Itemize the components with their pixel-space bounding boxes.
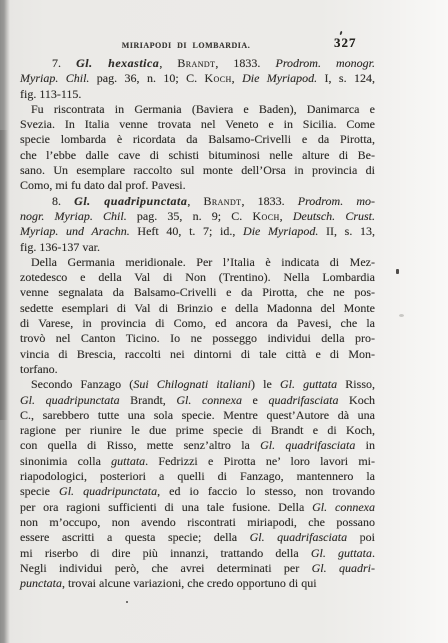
text-run: che l’ebbe dalle cave di schisti bitumin…: [20, 148, 375, 162]
text-run: poi: [347, 530, 375, 544]
citation-italic: Gl. quadrifasciata: [250, 530, 348, 544]
text-line: sinonimia colla guttata. Fedrizzi e Piro…: [20, 454, 375, 469]
text-run: vincia di Brescia, raccolti nei dintorni…: [20, 347, 375, 361]
author-name: Koch: [204, 71, 231, 85]
text-line: Secondo Fanzago (Sui Chilognati italiani…: [20, 377, 375, 392]
text-run: Negli individui però, che avrei determin…: [20, 561, 312, 575]
text-line: essere ascritti a questa specie; della G…: [20, 530, 375, 545]
text-run: Como, mi fu dato dal prof. Pavesi.: [20, 178, 186, 192]
text-line: che l’ebbe dalle cave di schisti bitumin…: [20, 148, 375, 163]
text-run: con quella di Risso, mette senz’altro la: [20, 438, 260, 452]
author-name: Brandt: [177, 56, 215, 70]
text-run: trovò nel Canton Ticino. Io ne posseggo …: [20, 331, 375, 345]
species-name: Gl. quadripunctata: [74, 194, 187, 208]
author-name: Koch: [252, 209, 279, 223]
text-line: Myriap. Chil. pag. 36, n. 10; C. Koch, D…: [20, 71, 375, 86]
text-run: 7.: [52, 56, 76, 70]
text-run: ,: [159, 56, 177, 70]
text-run: sedette esemplari di Val di Brinzio e de…: [20, 301, 375, 315]
text-line: riapodologici, posteriori a quelli di Fa…: [20, 469, 375, 484]
scan-speck: [396, 269, 399, 274]
text-run: mi riserbo di dire più innanzi, trattand…: [20, 546, 311, 560]
text-run: in: [355, 438, 375, 452]
text-line: fig. 136-137 var.: [20, 240, 375, 255]
text-line: vincia di Brescia, raccolti nei dintorni…: [20, 347, 375, 362]
text-run: ,: [232, 71, 242, 85]
citation-italic: Gl. quadripunctata: [59, 484, 157, 498]
text-run: essere ascritti a questa specie; della: [20, 530, 250, 544]
text-line: trovò nel Canton Ticino. Io ne posseggo …: [20, 331, 375, 346]
text-line: di Varese, in provincia di Como, ed anco…: [20, 316, 375, 331]
text-line: sano. Un esemplare raccolto sul monte de…: [20, 163, 375, 178]
citation-italic: Sui Chilognati italiani: [133, 377, 251, 391]
text-run: ,: [280, 209, 293, 223]
text-run: .: [372, 546, 375, 560]
text-run: e: [242, 393, 268, 407]
citation-italic: quadrifasciata: [268, 393, 338, 407]
text-line: Como, mi fu dato dal prof. Pavesi.: [20, 178, 375, 193]
text-run: sinonimia colla: [20, 454, 111, 468]
text-run: , 1833.: [215, 56, 275, 70]
text-run: Della Germania meridionale. Per l’Italia…: [31, 255, 375, 269]
text-run: specie lombarda è ricordata da Balsamo-C…: [20, 132, 375, 146]
text-run: fig. 113-115.: [20, 87, 81, 101]
text-run: Koch: [338, 393, 375, 407]
text-run: Fu riscontrata in Germania (Baviera e Ba…: [31, 102, 375, 116]
page-number: 327: [334, 35, 357, 51]
text-line: fig. 113-115.: [20, 87, 375, 102]
text-run: sano. Un esemplare raccolto sul monte de…: [20, 163, 375, 177]
text-run: per ora ragioni sufficienti di una tale …: [20, 500, 312, 514]
citation-italic: Myriap. und Arachn.: [20, 224, 130, 238]
text-line: torfano.: [20, 362, 375, 377]
scan-edge-shade: [0, 130, 8, 420]
text-line: mi riserbo di dire più innanzi, trattand…: [20, 546, 375, 561]
text-line: nogr. Myriap. Chil. pag. 35, n. 9; C. Ko…: [20, 209, 375, 224]
text-line: Fu riscontrata in Germania (Baviera e Ba…: [20, 102, 375, 117]
text-run: non m’occupo, non avendo riscontrati mir…: [20, 515, 375, 529]
text-run: , ed io faccio lo stesso, non trovando: [157, 484, 375, 498]
text-line: ragione per riunire le due prime specie …: [20, 423, 375, 438]
citation-italic: guttata: [111, 454, 145, 468]
citation-italic: Gl. quadri-: [312, 561, 375, 575]
author-name: Brandt: [203, 194, 241, 208]
citation-italic: Gl. guttata: [311, 546, 372, 560]
text-line: zotedesco e della Val di Non (Trentino).…: [20, 270, 375, 285]
text-run: pag. 36, n. 10; C.: [89, 71, 204, 85]
citation-italic: Prodrom. monogr.: [276, 56, 376, 70]
citation-italic: Prodrom. mo-: [298, 194, 375, 208]
citation-italic: Die Myriapod.: [242, 71, 317, 85]
text-run: , trovai alcune variazioni, che credo op…: [62, 576, 317, 590]
text-line: Gl. quadripunctata Brandt, Gl. connexa e…: [20, 393, 375, 408]
text-line: specie Gl. quadripunctata, ed io faccio …: [20, 484, 375, 499]
text-run: venne segnalata da Balsamo-Crivelli e da…: [20, 285, 375, 299]
text-run: pag. 35, n. 9; C.: [127, 209, 253, 223]
text-line: punctata, trovai alcune variazioni, che …: [20, 576, 375, 591]
text-line: con quella di Risso, mette senz’altro la…: [20, 438, 375, 453]
text-run: Risso,: [337, 377, 375, 391]
text-run: di Varese, in provincia di Como, ed anco…: [20, 316, 375, 330]
text-line: Myriap. und Arachn. Heft 40, t. 7; id., …: [20, 224, 375, 239]
text-run: Secondo Fanzago (: [31, 377, 133, 391]
text-line: Svezia. In Italia venne trovata nel Vene…: [20, 117, 375, 132]
citation-italic: nogr. Myriap. Chil.: [20, 209, 127, 223]
text-line: per ora ragioni sufficienti di una tale …: [20, 500, 375, 515]
text-run: Brandt,: [120, 393, 177, 407]
text-line: 8. Gl. quadripunctata, Brandt, 1833. Pro…: [20, 194, 375, 209]
text-line: 7. Gl. hexastica, Brandt, 1833. Prodrom.…: [20, 56, 375, 71]
text-run: Heft 40, t. 7; id.,: [130, 224, 243, 238]
text-run: ragione per riunire le due prime specie …: [20, 423, 375, 437]
text-run: zotedesco e della Val di Non (Trentino).…: [20, 270, 375, 284]
citation-italic: Die Myriapod.: [243, 224, 318, 238]
citation-italic: Deutsch. Crust.: [293, 209, 375, 223]
citation-italic: Gl. connexa: [312, 500, 375, 514]
text-run: specie: [20, 484, 59, 498]
text-line: venne segnalata da Balsamo-Crivelli e da…: [20, 285, 375, 300]
text-run: torfano.: [20, 362, 58, 376]
text-line: Negli individui però, che avrei determin…: [20, 561, 375, 576]
citation-italic: Gl. connexa: [176, 393, 242, 407]
text-run: C., sarebbero tutte una sola specie. Men…: [20, 408, 375, 422]
text-line: non m’occupo, non avendo riscontrati mir…: [20, 515, 375, 530]
text-run: riapodologici, posteriori a quelli di Fa…: [20, 469, 375, 483]
citation-italic: punctata: [20, 576, 62, 590]
citation-italic: Gl. quadripunctata: [20, 393, 120, 407]
scan-speck: [126, 601, 128, 603]
text-run: I, s. 124,: [317, 71, 375, 85]
citation-italic: Gl. quadrifasciata: [260, 438, 355, 452]
text-run: , 1833.: [241, 194, 297, 208]
text-line: sedette esemplari di Val di Brinzio e de…: [20, 301, 375, 316]
text-run: 8.: [52, 194, 74, 208]
species-name: Gl. hexastica: [76, 56, 159, 70]
text-run: ) le: [251, 377, 280, 391]
text-run: II, s. 13,: [318, 224, 375, 238]
paragraph: Della Germania meridionale. Per l’Italia…: [20, 255, 375, 377]
scan-speck: [399, 314, 404, 317]
text-run: ,: [187, 194, 203, 208]
paragraph: Secondo Fanzago (Sui Chilognati italiani…: [20, 377, 375, 591]
paragraph: 7. Gl. hexastica, Brandt, 1833. Prodrom.…: [20, 56, 375, 102]
paragraph: 8. Gl. quadripunctata, Brandt, 1833. Pro…: [20, 194, 375, 255]
paragraph: Fu riscontrata in Germania (Baviera e Ba…: [20, 102, 375, 194]
text-line: C., sarebbero tutte una sola specie. Men…: [20, 408, 375, 423]
text-run: fig. 136-137 var.: [20, 240, 100, 254]
text-body: 7. Gl. hexastica, Brandt, 1833. Prodrom.…: [20, 56, 375, 591]
citation-italic: Gl. guttata: [280, 377, 337, 391]
text-run: . Fedrizzi e Pirotta ne’ loro lavori mi-: [145, 454, 375, 468]
running-head: MIRIAPODI DI LOMBARDIA.: [122, 41, 250, 50]
text-line: Della Germania meridionale. Per l’Italia…: [20, 255, 375, 270]
text-run: Svezia. In Italia venne trovata nel Vene…: [20, 117, 375, 131]
text-line: specie lombarda è ricordata da Balsamo-C…: [20, 132, 375, 147]
scanned-book-page: MIRIAPODI DI LOMBARDIA. 327 7. Gl. hexas…: [0, 0, 448, 643]
citation-italic: Myriap. Chil.: [20, 71, 89, 85]
